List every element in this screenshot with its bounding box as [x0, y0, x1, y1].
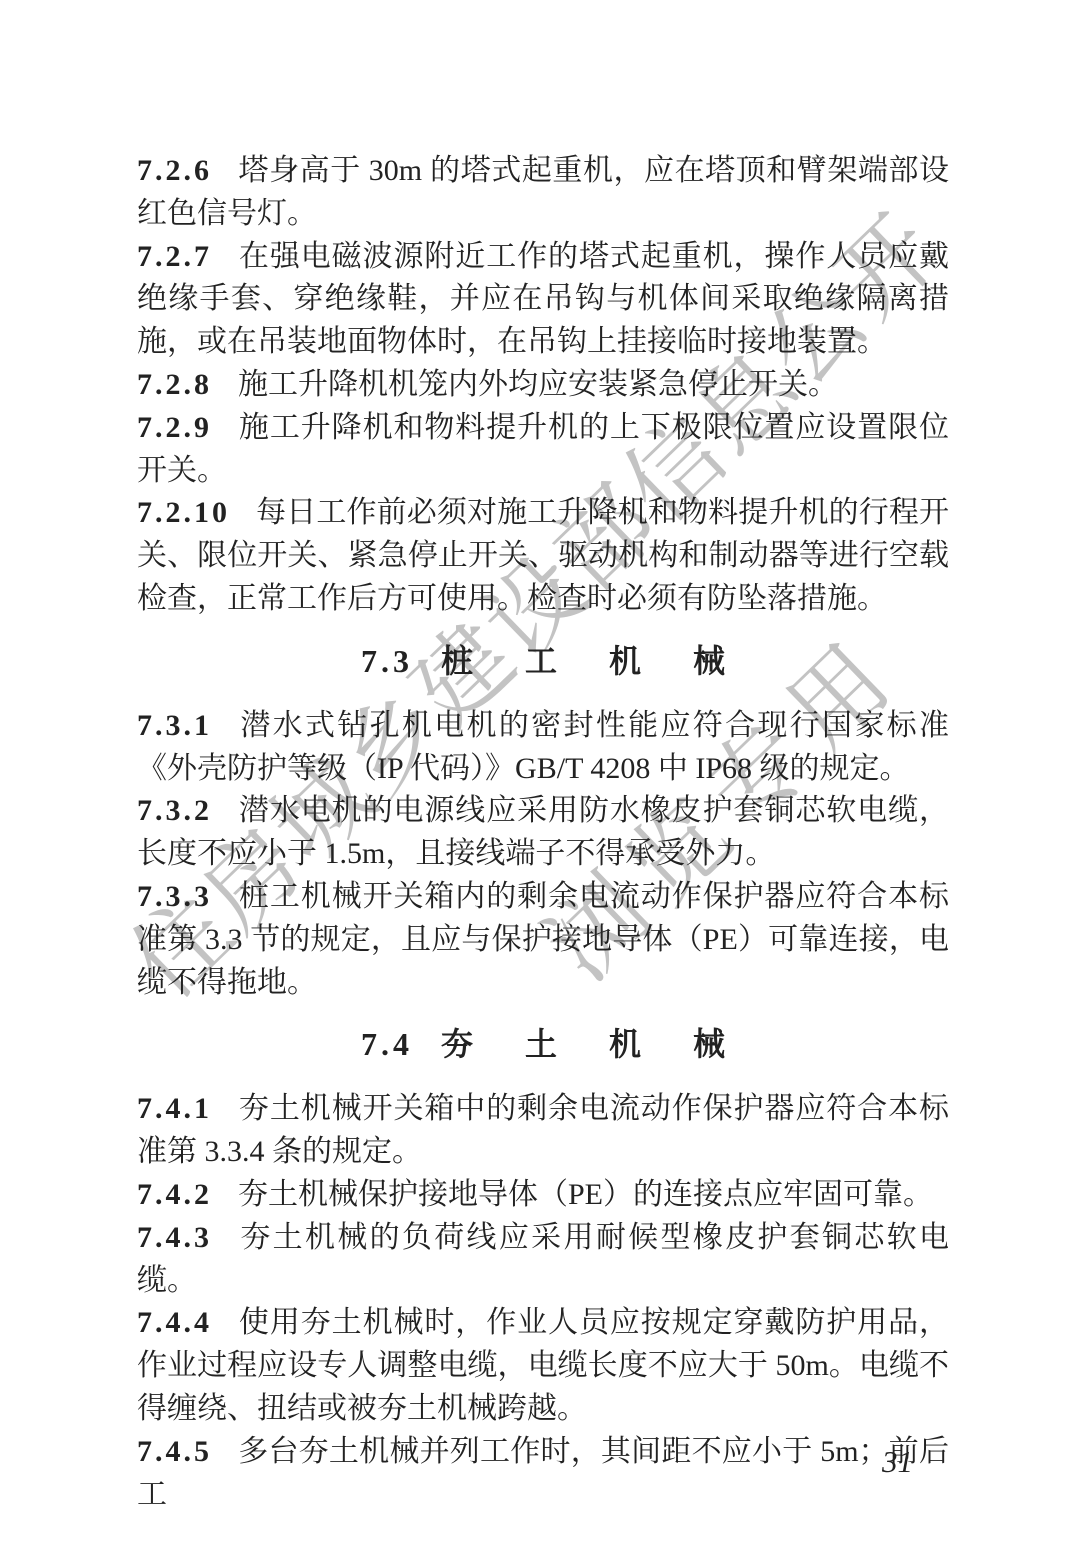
clause-text: 桩工机械开关箱内的剩余电流动作保护器应符合本标准第 3.3 节的规定，且应与保护…	[137, 880, 949, 999]
clause-7.4.4: 7.4.4使用夯土机械时，作业人员应按规定穿戴防护用品，作业过程应设专人调整电缆…	[137, 1302, 949, 1430]
clause-number: 7.3.3	[137, 880, 212, 913]
clause-7.2.8: 7.2.8施工升降机机笼内外均应安装紧急停止开关。	[137, 364, 949, 407]
document-page: 住房城乡建设部信息公开 浏览专用 7.2.6塔身高于 30m 的塔式起重机，应在…	[0, 0, 1080, 1564]
clause-7.4.2: 7.4.2夯土机械保护接地导体（PE）的连接点应牢固可靠。	[137, 1174, 949, 1217]
section-heading-7.3: 7.3桩 工 机 械	[137, 639, 949, 683]
clause-number: 7.3.1	[137, 709, 212, 742]
clause-number: 7.4.1	[137, 1092, 212, 1125]
clause-text: 夯土机械保护接地导体（PE）的连接点应牢固可靠。	[238, 1178, 933, 1211]
clause-7.4.3: 7.4.3夯土机械的负荷线应采用耐候型橡皮护套铜芯软电缆。	[137, 1217, 949, 1303]
clause-7.4.5: 7.4.5多台夯土机械并列工作时，其间距不应小于 5m；前后工	[137, 1431, 949, 1517]
clause-text: 施工升降机机笼内外均应安装紧急停止开关。	[238, 368, 838, 401]
clause-text: 潜水电机的电源线应采用防水橡皮护套铜芯软电缆，长度不应小于 1.5m，且接线端子…	[137, 794, 949, 870]
clause-number: 7.3.2	[137, 794, 212, 827]
clause-number: 7.4.3	[137, 1221, 212, 1254]
document-content: 7.2.6塔身高于 30m 的塔式起重机，应在塔顶和臂架端部设红色信号灯。7.2…	[137, 150, 949, 1516]
section-heading-title: 夯 土 机 械	[441, 1026, 747, 1062]
section-heading-title: 桩 工 机 械	[441, 643, 747, 679]
clause-7.2.6: 7.2.6塔身高于 30m 的塔式起重机，应在塔顶和臂架端部设红色信号灯。	[137, 150, 949, 236]
section-heading-number: 7.3	[361, 643, 413, 679]
clause-text: 夯土机械的负荷线应采用耐候型橡皮护套铜芯软电缆。	[137, 1221, 949, 1297]
clause-text: 塔身高于 30m 的塔式起重机，应在塔顶和臂架端部设红色信号灯。	[137, 154, 949, 230]
clause-number: 7.4.4	[137, 1306, 212, 1339]
clause-7.3.3: 7.3.3桩工机械开关箱内的剩余电流动作保护器应符合本标准第 3.3 节的规定，…	[137, 876, 949, 1004]
clause-number: 7.2.9	[137, 411, 212, 444]
clause-text: 每日工作前必须对施工升降机和物料提升机的行程开关、限位开关、紧急停止开关、驱动机…	[137, 496, 949, 615]
clause-7.2.9: 7.2.9施工升降机和物料提升机的上下极限位置应设置限位开关。	[137, 407, 949, 493]
section-heading-number: 7.4	[361, 1026, 413, 1062]
clause-7.3.1: 7.3.1潜水式钻孔机电机的密封性能应符合现行国家标准《外壳防护等级（IP 代码…	[137, 705, 949, 791]
clause-number: 7.4.2	[137, 1178, 212, 1211]
clause-text: 潜水式钻孔机电机的密封性能应符合现行国家标准《外壳防护等级（IP 代码）》GB/…	[137, 709, 949, 785]
clause-7.3.2: 7.3.2潜水电机的电源线应采用防水橡皮护套铜芯软电缆，长度不应小于 1.5m，…	[137, 790, 949, 876]
clause-text: 夯土机械开关箱中的剩余电流动作保护器应符合本标准第 3.3.4 条的规定。	[137, 1092, 949, 1168]
clause-text: 在强电磁波源附近工作的塔式起重机，操作人员应戴绝缘手套、穿绝缘鞋，并应在吊钩与机…	[137, 240, 949, 359]
clause-7.2.7: 7.2.7在强电磁波源附近工作的塔式起重机，操作人员应戴绝缘手套、穿绝缘鞋，并应…	[137, 236, 949, 364]
section-heading-7.4: 7.4夯 土 机 械	[137, 1022, 949, 1066]
clause-number: 7.2.10	[137, 496, 230, 529]
clause-7.2.10: 7.2.10每日工作前必须对施工升降机和物料提升机的行程开关、限位开关、紧急停止…	[137, 492, 949, 620]
clause-number: 7.2.7	[137, 240, 212, 273]
page-number: 31	[882, 1444, 913, 1480]
clause-text: 施工升降机和物料提升机的上下极限位置应设置限位开关。	[137, 411, 949, 487]
clause-text: 多台夯土机械并列工作时，其间距不应小于 5m；前后工	[137, 1435, 949, 1511]
clause-number: 7.2.6	[137, 154, 212, 187]
clause-number: 7.4.5	[137, 1435, 212, 1468]
clause-text: 使用夯土机械时，作业人员应按规定穿戴防护用品，作业过程应设专人调整电缆，电缆长度…	[137, 1306, 949, 1425]
clause-number: 7.2.8	[137, 368, 212, 401]
clause-7.4.1: 7.4.1夯土机械开关箱中的剩余电流动作保护器应符合本标准第 3.3.4 条的规…	[137, 1088, 949, 1174]
